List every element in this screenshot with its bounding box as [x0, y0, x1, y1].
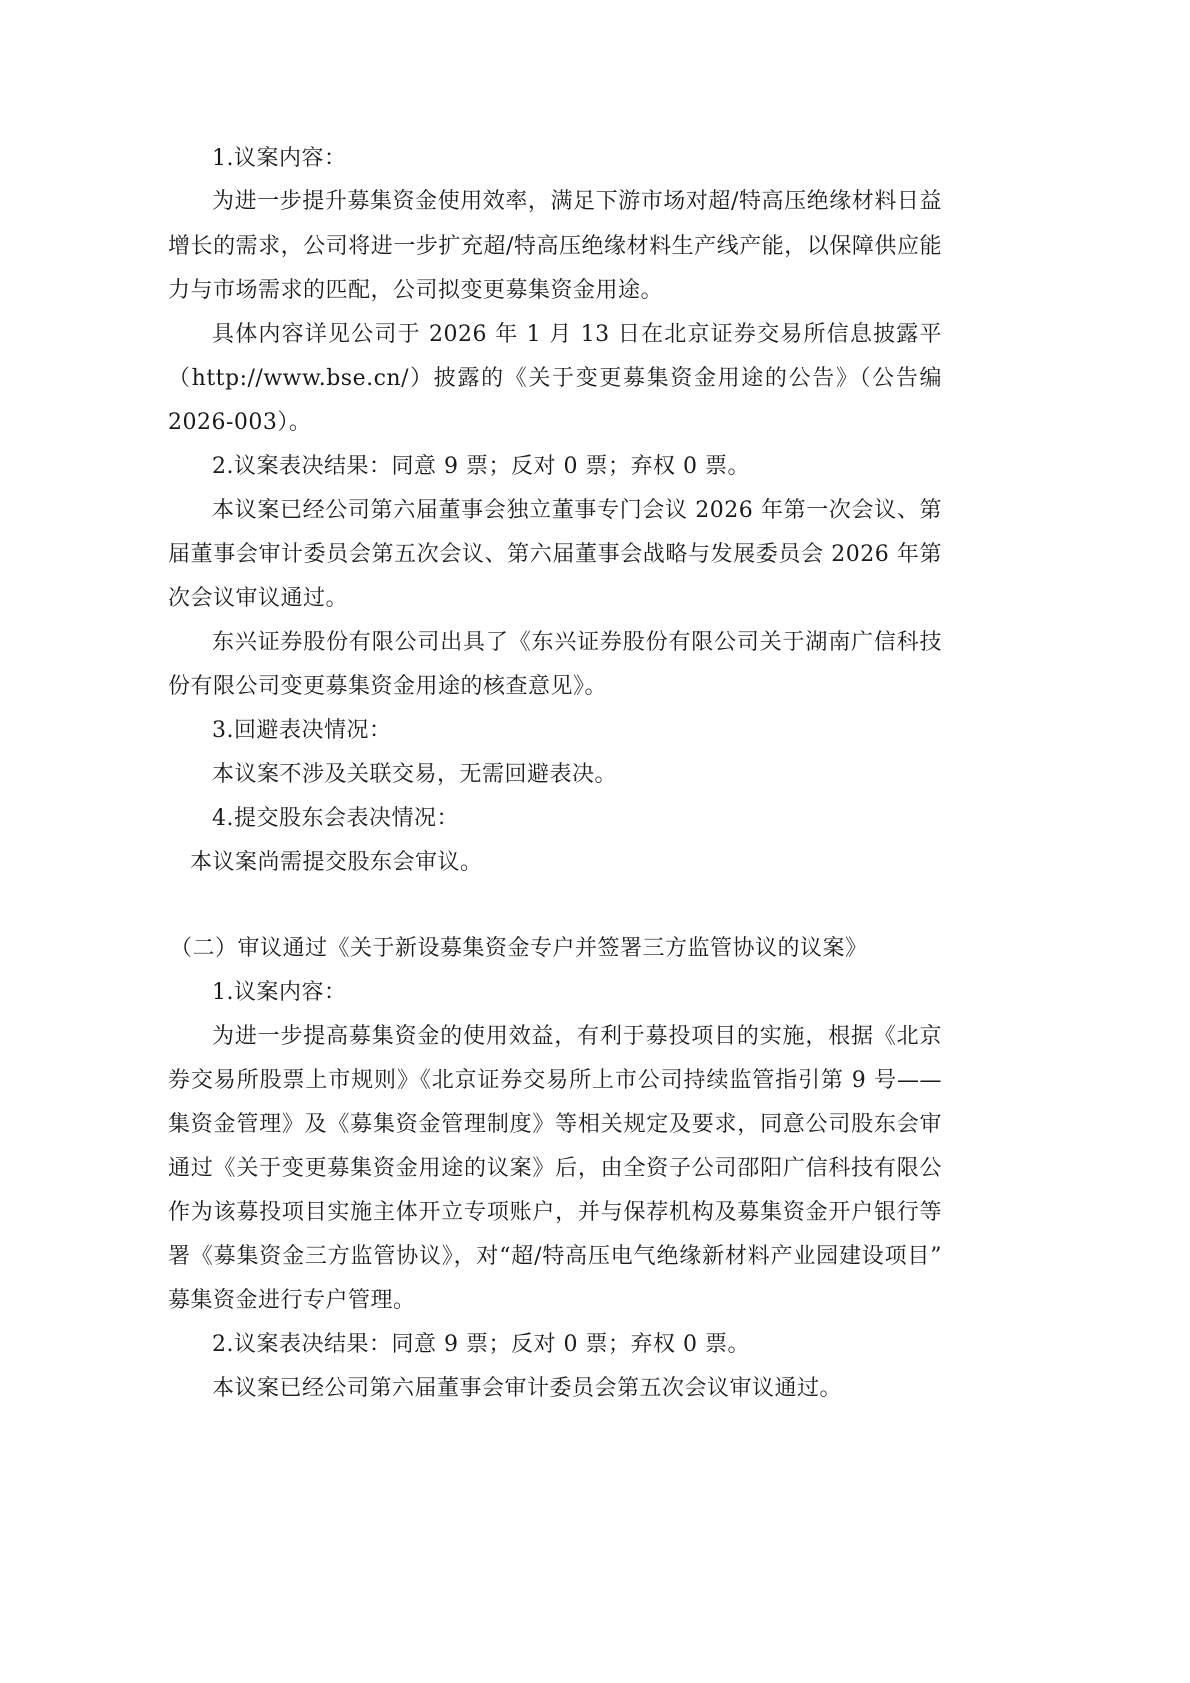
section1-approval-line: 届董事会审计委员会第五次会议、第六届董事会战略与发展委员会 2026 年第一 — [168, 541, 942, 569]
section1-detail-line: 2026-003）。 — [168, 409, 311, 437]
section2-content-line: 募集资金进行专户管理。 — [168, 1287, 416, 1315]
section1-detail-line: （http://www.bse.cn/）披露的《关于变更募集资金用途的公告》（公… — [168, 365, 942, 393]
section1-opinion-line: 东兴证券股份有限公司出具了《东兴证券股份有限公司关于湖南广信科技股 — [212, 629, 942, 657]
section2-content-line: 署《募集资金三方监管协议》，对“超/特高压电气绝缘新材料产业园建设项目” — [168, 1243, 942, 1271]
section2-title: （二）审议通过《关于新设募集资金专户并签署三方监管协议的议案》 — [170, 935, 868, 963]
section2-vote-result: 2.议案表决结果：同意 9 票；反对 0 票；弃权 0 票。 — [212, 1331, 750, 1359]
section1-approval-line: 次会议审议通过。 — [168, 585, 348, 613]
section1-shareholder-heading: 4.提交股东会表决情况： — [212, 805, 459, 833]
section2-content-line: 集资金管理》及《募集资金管理制度》等相关规定及要求，同意公司股东会审议 — [168, 1111, 942, 1139]
section1-approval-line: 本议案已经公司第六届董事会独立董事专门会议 2026 年第一次会议、第六 — [212, 497, 942, 525]
section1-shareholder-text: 本议案尚需提交股东会审议。 — [190, 849, 483, 877]
section1-opinion-line: 份有限公司变更募集资金用途的核查意见》。 — [168, 673, 607, 701]
section1-detail-line: 具体内容详见公司于 2026 年 1 月 13 日在北京证券交易所信息披露平台 — [212, 321, 942, 349]
section2-content-line: 作为该募投项目实施主体开立专项账户，并与保荐机构及募集资金开户银行等签 — [168, 1199, 942, 1227]
section1-recusal-heading: 3.回避表决情况： — [212, 717, 392, 745]
section1-heading: 1.议案内容： — [212, 145, 347, 173]
section2-approval-text: 本议案已经公司第六届董事会审计委员会第五次会议审议通过。 — [212, 1375, 842, 1403]
document-page: 1.议案内容： 为进一步提升募集资金使用效率，满足下游市场对超/特高压绝缘材料日… — [0, 0, 1190, 1683]
section1-recusal-text: 本议案不涉及关联交易，无需回避表决。 — [212, 761, 617, 789]
section1-content-line: 增长的需求，公司将进一步扩充超/特高压绝缘材料生产线产能，以保障供应能 — [168, 233, 942, 261]
section2-heading: 1.议案内容： — [212, 979, 347, 1007]
section1-content-line: 力与市场需求的匹配，公司拟变更募集资金用途。 — [168, 277, 663, 305]
section2-content-line: 券交易所股票上市规则》《北京证券交易所上市公司持续监管指引第 9 号——募 — [168, 1067, 942, 1095]
section2-content-line: 为进一步提高募集资金的使用效益，有利于募投项目的实施，根据《北京证 — [212, 1023, 942, 1051]
section1-vote-result: 2.议案表决结果：同意 9 票；反对 0 票；弃权 0 票。 — [212, 453, 750, 481]
section2-content-line: 通过《关于变更募集资金用途的议案》后，由全资子公司邵阳广信科技有限公司 — [168, 1155, 942, 1183]
section1-content-line: 为进一步提升募集资金使用效率，满足下游市场对超/特高压绝缘材料日益 — [212, 188, 942, 216]
